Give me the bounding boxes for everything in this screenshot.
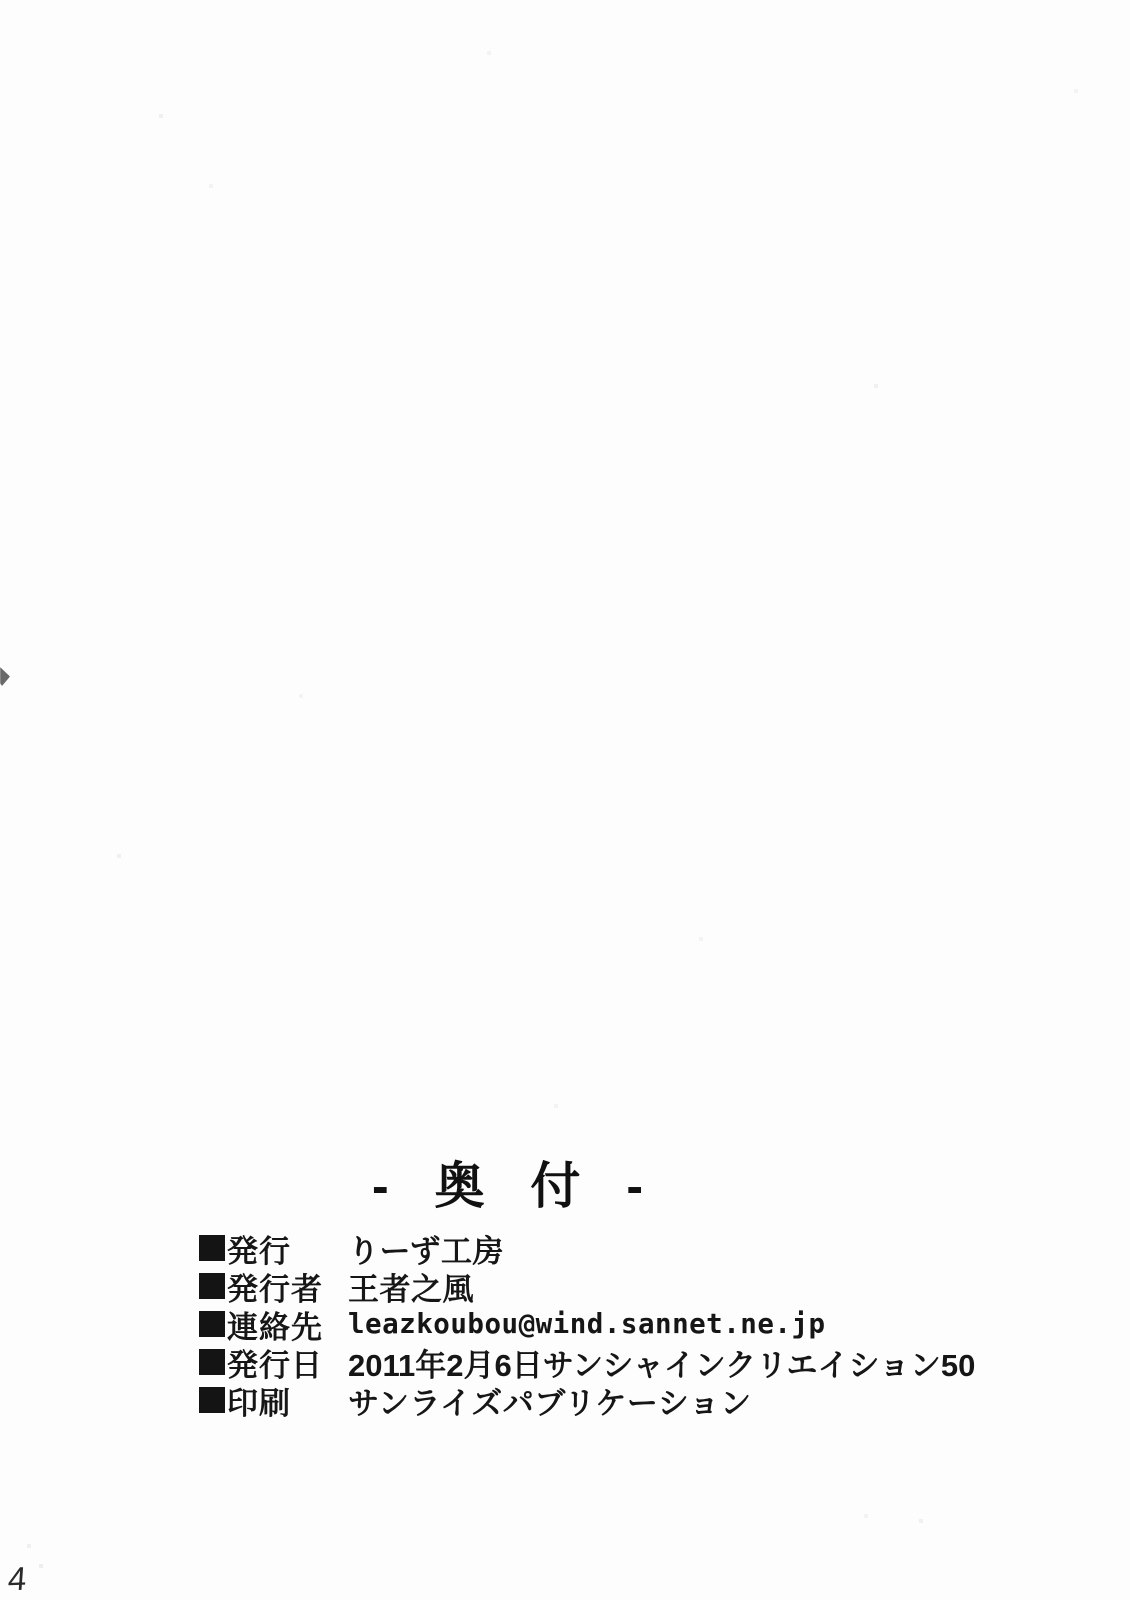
colophon-row-printer: 印刷 サンライズパブリケーション xyxy=(199,1381,975,1419)
colophon-title: - 奥 付 - xyxy=(372,1158,646,1216)
scan-smudge xyxy=(0,667,10,686)
colophon-row-publisher: 発行 りーず工房 xyxy=(199,1229,975,1267)
colophon-info-list: 発行 りーず工房 発行者 王者之風 連絡先 leazkoubou@wind.sa… xyxy=(199,1229,975,1419)
black-square-bullet-icon xyxy=(199,1273,225,1299)
colophon-row-value: leazkoubou@wind.sannet.ne.jp xyxy=(348,1308,826,1340)
black-square-bullet-icon xyxy=(199,1349,225,1375)
colophon-row-value: サンライズパブリケーション xyxy=(348,1378,752,1423)
scan-speckles xyxy=(0,0,2,2)
colophon-row-contact: 連絡先 leazkoubou@wind.sannet.ne.jp xyxy=(199,1305,975,1343)
black-square-bullet-icon xyxy=(199,1387,225,1413)
colophon-row-publish-date: 発行日 2011年2月6日サンシャインクリエイション50 xyxy=(199,1343,975,1381)
page-number: 4 xyxy=(7,1560,28,1599)
black-square-bullet-icon xyxy=(199,1311,225,1337)
scanned-colophon-page: - 奥 付 - 発行 りーず工房 発行者 王者之風 連絡先 leazkoubou… xyxy=(0,0,1130,1600)
black-square-bullet-icon xyxy=(199,1235,225,1261)
colophon-row-label: 印刷 xyxy=(227,1378,348,1423)
colophon-row-author: 発行者 王者之風 xyxy=(199,1267,975,1305)
colophon-row-value: 王者之風 xyxy=(348,1264,474,1309)
